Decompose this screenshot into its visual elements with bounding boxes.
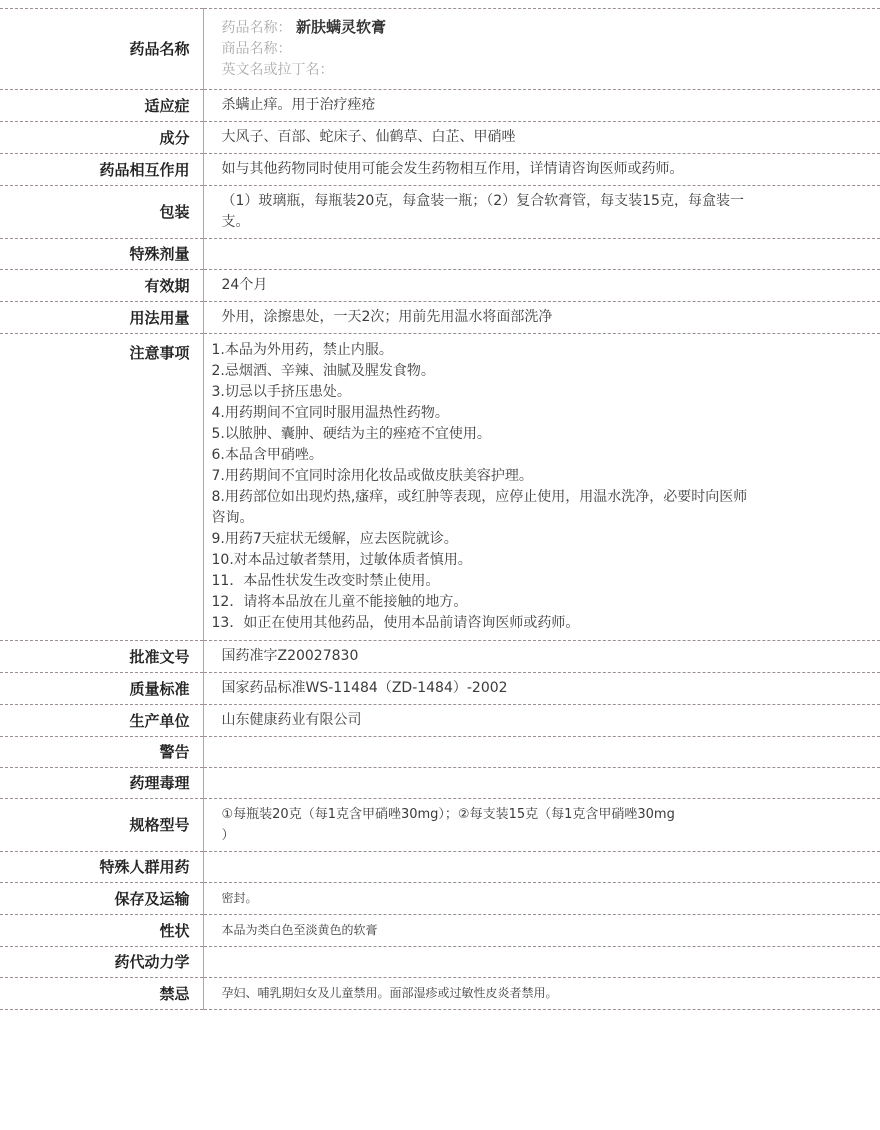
value-line: 9.用药7天症状无缓解，应去医院就诊。	[212, 529, 871, 550]
row-label: 性状	[0, 915, 203, 947]
value-line: ）	[222, 825, 871, 846]
row-label: 生产单位	[0, 705, 203, 737]
row-value: ①每瓶装20克（每1克含甲硝唑30mg）；②每支装15克（每1克含甲硝唑30mg…	[203, 799, 880, 852]
table-row-storage-transport: 保存及运输 密封。	[0, 883, 880, 915]
table-row-usage-dosage: 用法用量 外用，涂擦患处，一天2次；用前先用温水将面部洗净	[0, 302, 880, 334]
table-row-drug-name: 药品名称 药品名称： 新肤螨灵软膏 商品名称： 英文名或拉丁名：	[0, 9, 880, 90]
row-label: 规格型号	[0, 799, 203, 852]
row-label: 药代动力学	[0, 947, 203, 978]
table-row-pharmacokinetics: 药代动力学	[0, 947, 880, 978]
table-row-precautions: 注意事项 1.本品为外用药，禁止内服。 2.忌烟酒、辛辣、油腻及腥发食物。 3.…	[0, 334, 880, 641]
latin-name-key: 英文名或拉丁名：	[222, 62, 334, 78]
value-line: 8.用药部位如出现灼热,瘙痒，或红肿等表现，应停止使用，用温水洗净，必要时向医师	[212, 487, 871, 508]
row-label: 禁忌	[0, 978, 203, 1010]
row-label: 用法用量	[0, 302, 203, 334]
trade-name-key: 商品名称：	[222, 41, 292, 57]
row-label: 警告	[0, 737, 203, 768]
row-value: 外用，涂擦患处，一天2次；用前先用温水将面部洗净	[203, 302, 880, 334]
value-line: 11．本品性状发生改变时禁止使用。	[212, 571, 871, 592]
row-value: 孕妇、哺乳期妇女及儿童禁用。面部湿疹或过敏性皮炎者禁用。	[203, 978, 880, 1010]
drug-name-line: 药品名称： 新肤螨灵软膏	[222, 17, 871, 39]
row-label: 药理毒理	[0, 768, 203, 799]
table-row-contraindications: 禁忌 孕妇、哺乳期妇女及儿童禁用。面部湿疹或过敏性皮炎者禁用。	[0, 978, 880, 1010]
value-line: 4.用药期间不宜同时服用温热性药物。	[212, 403, 871, 424]
row-label: 特殊剂量	[0, 239, 203, 270]
value-line: 6.本品含甲硝唑。	[212, 445, 871, 466]
table-row-approval-number: 批准文号 国药准字Z20027830	[0, 641, 880, 673]
row-value: 山东健康药业有限公司	[203, 705, 880, 737]
row-value: 如与其他药物同时使用可能会发生药物相互作用，详情请咨询医师或药师。	[203, 154, 880, 186]
table-row-pharmacology-toxicology: 药理毒理	[0, 768, 880, 799]
row-label: 特殊人群用药	[0, 852, 203, 883]
row-label: 成分	[0, 122, 203, 154]
table-row-shelf-life: 有效期 24个月	[0, 270, 880, 302]
row-value: 大风子、百部、蛇床子、仙鹤草、白芷、甲硝唑	[203, 122, 880, 154]
table-row-properties: 性状 本品为类白色至淡黄色的软膏	[0, 915, 880, 947]
table-row-warning: 警告	[0, 737, 880, 768]
value-line: 支。	[222, 212, 871, 233]
row-value: 1.本品为外用药，禁止内服。 2.忌烟酒、辛辣、油腻及腥发食物。 3.切忌以手挤…	[203, 334, 880, 641]
row-label: 批准文号	[0, 641, 203, 673]
row-label: 注意事项	[0, 334, 203, 641]
value-line: 7.用药期间不宜同时涂用化妆品或做皮肤美容护理。	[212, 466, 871, 487]
table-row-manufacturer: 生产单位 山东健康药业有限公司	[0, 705, 880, 737]
row-label: 保存及运输	[0, 883, 203, 915]
row-value: 国药准字Z20027830	[203, 641, 880, 673]
value-line: 10.对本品过敏者禁用，过敏体质者慎用。	[212, 550, 871, 571]
table-row-quality-standard: 质量标准 国家药品标准WS-11484（ZD-1484）-2002	[0, 673, 880, 705]
row-label: 药品名称	[0, 9, 203, 90]
trade-name-line: 商品名称：	[222, 39, 871, 60]
row-label: 适应症	[0, 90, 203, 122]
table-row-special-dosage: 特殊剂量	[0, 239, 880, 270]
value-line: 13．如正在使用其他药品，使用本品前请咨询医师或药师。	[212, 613, 871, 634]
row-value: 杀螨止痒。用于治疗痤疮	[203, 90, 880, 122]
row-value: 本品为类白色至淡黄色的软膏	[203, 915, 880, 947]
row-value	[203, 239, 880, 270]
row-value: 24个月	[203, 270, 880, 302]
drug-info-page: 药品名称 药品名称： 新肤螨灵软膏 商品名称： 英文名或拉丁名： 适应症 杀螨止…	[0, 8, 880, 1130]
table-row-interactions: 药品相互作用 如与其他药物同时使用可能会发生药物相互作用，详情请咨询医师或药师。	[0, 154, 880, 186]
row-value: 密封。	[203, 883, 880, 915]
row-value: 国家药品标准WS-11484（ZD-1484）-2002	[203, 673, 880, 705]
table-row-packaging: 包装 （1）玻璃瓶，每瓶装20克，每盒装一瓶；（2）复合软膏管，每支装15克，每…	[0, 186, 880, 239]
row-label: 包装	[0, 186, 203, 239]
value-line: ①每瓶装20克（每1克含甲硝唑30mg）；②每支装15克（每1克含甲硝唑30mg	[222, 804, 871, 825]
row-value: 药品名称： 新肤螨灵软膏 商品名称： 英文名或拉丁名：	[203, 9, 880, 90]
row-label: 有效期	[0, 270, 203, 302]
row-value: （1）玻璃瓶，每瓶装20克，每盒装一瓶；（2）复合软膏管，每支装15克，每盒装一…	[203, 186, 880, 239]
row-label: 质量标准	[0, 673, 203, 705]
drug-name-key: 药品名称：	[222, 20, 292, 36]
value-line: 2.忌烟酒、辛辣、油腻及腥发食物。	[212, 361, 871, 382]
value-line: 12．请将本品放在儿童不能接触的地方。	[212, 592, 871, 613]
latin-name-line: 英文名或拉丁名：	[222, 60, 871, 81]
row-value	[203, 737, 880, 768]
value-line: 5.以脓肿、囊肿、硬结为主的痤疮不宜使用。	[212, 424, 871, 445]
row-value	[203, 768, 880, 799]
value-line: 3.切忌以手挤压患处。	[212, 382, 871, 403]
drug-info-table: 药品名称 药品名称： 新肤螨灵软膏 商品名称： 英文名或拉丁名： 适应症 杀螨止…	[0, 8, 880, 1010]
table-row-ingredients: 成分 大风子、百部、蛇床子、仙鹤草、白芷、甲硝唑	[0, 122, 880, 154]
drug-name-value: 新肤螨灵软膏	[296, 18, 386, 36]
row-value	[203, 947, 880, 978]
table-row-special-populations: 特殊人群用药	[0, 852, 880, 883]
table-row-indications: 适应症 杀螨止痒。用于治疗痤疮	[0, 90, 880, 122]
table-row-specifications: 规格型号 ①每瓶装20克（每1克含甲硝唑30mg）；②每支装15克（每1克含甲硝…	[0, 799, 880, 852]
value-line: 咨询。	[212, 508, 871, 529]
value-line: （1）玻璃瓶，每瓶装20克，每盒装一瓶；（2）复合软膏管，每支装15克，每盒装一	[222, 191, 871, 212]
row-value	[203, 852, 880, 883]
value-line: 1.本品为外用药，禁止内服。	[212, 340, 871, 361]
row-label: 药品相互作用	[0, 154, 203, 186]
